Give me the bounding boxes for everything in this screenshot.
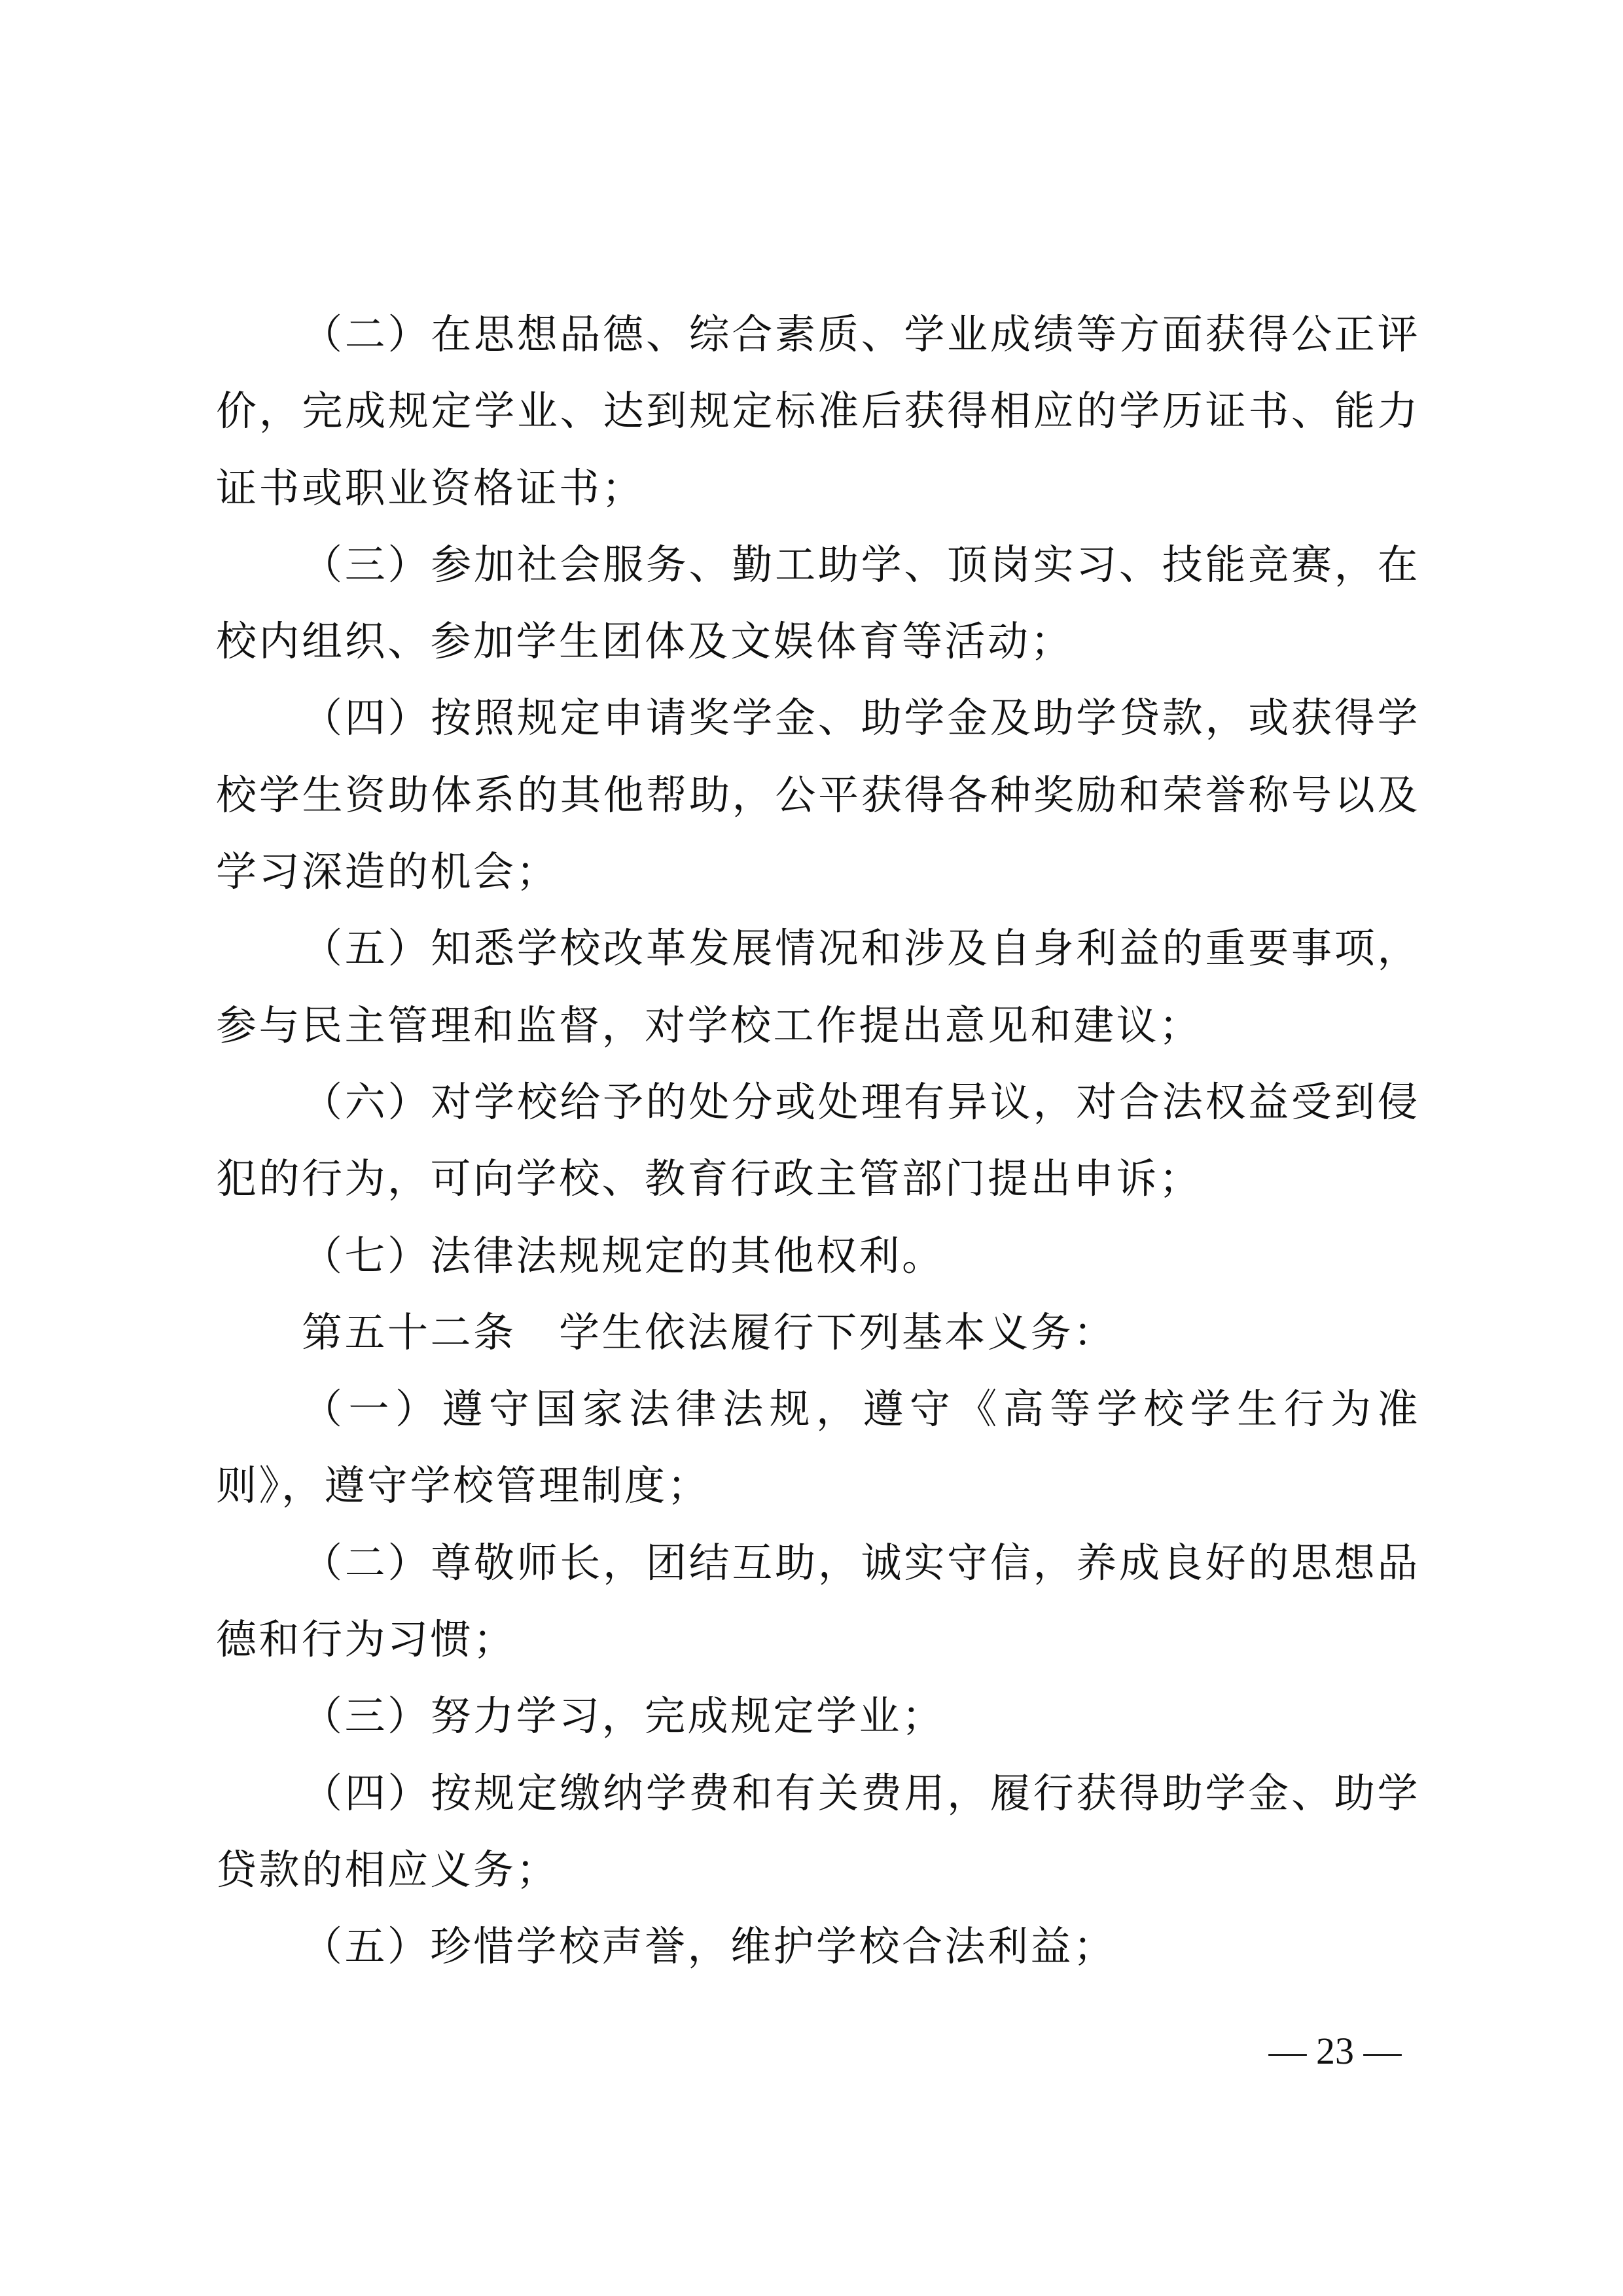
paragraph-duty-4: （四）按规定缴纳学费和有关费用，履行获得助学金、助学贷款的相应义务； <box>216 1755 1420 1909</box>
paragraph-right-2: （二）在思想品德、综合素质、学业成绩等方面获得公正评价，完成规定学业、达到规定标… <box>216 296 1420 526</box>
paragraph-right-3: （三）参加社会服务、勤工助学、顶岗实习、技能竞赛，在校内组织、参加学生团体及文娱… <box>216 526 1420 680</box>
body-text: （二）在思想品德、综合素质、学业成绩等方面获得公正评价，完成规定学业、达到规定标… <box>216 296 1420 1985</box>
paragraph-right-4: （四）按照规定申请奖学金、助学金及助学贷款，或获得学校学生资助体系的其他帮助，公… <box>216 679 1420 910</box>
paragraph-duty-3: （三）努力学习，完成规定学业； <box>216 1677 1420 1754</box>
article-52-heading: 第五十二条 学生依法履行下列基本义务： <box>216 1294 1420 1371</box>
paragraph-right-5: （五）知悉学校改革发展情况和涉及自身利益的重要事项，参与民主管理和监督，对学校工… <box>216 910 1420 1064</box>
paragraph-duty-1: （一）遵守国家法律法规，遵守《高等学校学生行为准则》，遵守学校管理制度； <box>216 1371 1420 1524</box>
page-number: — 23 — <box>1247 2029 1423 2073</box>
paragraph-duty-5: （五）珍惜学校声誉，维护学校合法利益； <box>216 1908 1420 1984</box>
document-page: （二）在思想品德、综合素质、学业成绩等方面获得公正评价，完成规定学业、达到规定标… <box>0 0 1623 2296</box>
paragraph-duty-2: （二）尊敬师长，团结互助，诚实守信，养成良好的思想品德和行为习惯； <box>216 1524 1420 1678</box>
paragraph-right-7: （七）法律法规规定的其他权利。 <box>216 1217 1420 1294</box>
paragraph-right-6: （六）对学校给予的处分或处理有异议，对合法权益受到侵犯的行为，可向学校、教育行政… <box>216 1064 1420 1217</box>
